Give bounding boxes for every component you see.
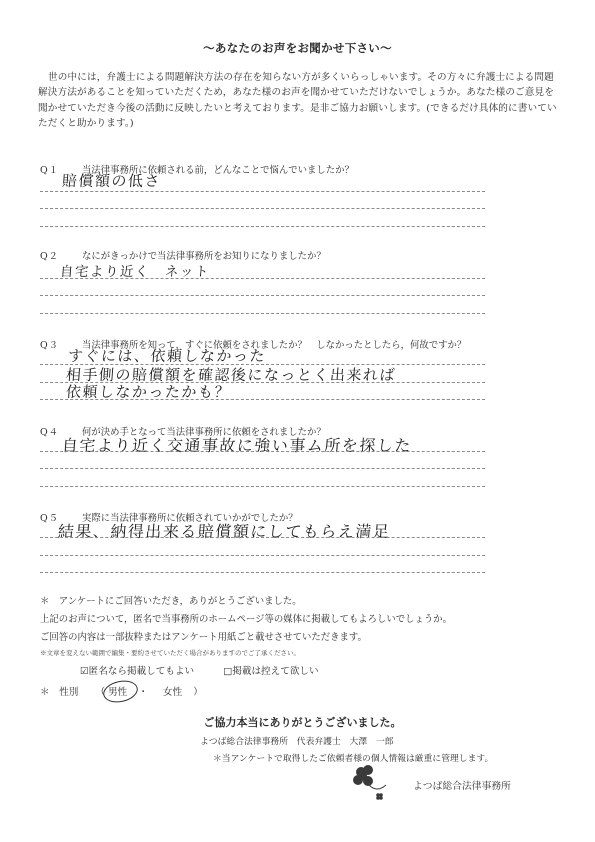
answer-line — [40, 295, 485, 296]
option-label: 掲載は控えて欲しい — [232, 663, 318, 677]
publish-note: ご回答の内容は一部抜粋またはアンケート用紙ごと載せさせていただきます。 — [40, 629, 367, 643]
edit-note: ※文章を変えない範囲で編集・要約させていただく場合がありますのでご了承ください。 — [40, 648, 300, 657]
gender-label: ＊ 性別 — [40, 687, 78, 698]
answer-line — [40, 451, 485, 452]
answer-line — [40, 555, 485, 556]
publish-options: ☑匿名なら掲載してもよい □掲載は控えて欲しい — [80, 663, 319, 677]
gender-paren-close: ） — [193, 687, 203, 698]
answer-q2-line-1: 自宅より近く ネット — [59, 260, 210, 280]
logo-text: よつば総合法律事務所 — [413, 778, 511, 792]
anonymous-ok-option[interactable]: ☑匿名なら掲載してもよい — [80, 663, 194, 677]
checkbox-empty-icon[interactable]: □ — [223, 666, 232, 677]
answer-line — [40, 399, 485, 400]
signature: よつば総合法律事務所 代表弁護士 大澤 一郎 — [200, 734, 394, 747]
gender-male-option[interactable]: 男性 — [108, 684, 127, 698]
gender-separator: ・ — [138, 687, 148, 698]
privacy-note: ＊当アンケートで取得したご依頼者様の個人情報は厳重に管理します。 — [213, 751, 493, 764]
answer-q1-line-1: 賠償額の低さ — [61, 170, 161, 191]
answer-line — [40, 191, 485, 192]
answer-line — [40, 572, 485, 573]
gender-row: ＊ 性別 （ 男性 ・ 女性 ） — [40, 684, 203, 698]
answer-line — [40, 278, 485, 279]
thanks-line: ＊ アンケートにご回答いただき，ありがとうございました。 — [40, 593, 302, 607]
clover-logo-icon — [353, 765, 403, 805]
answer-q4-line-1: 自宅より近く交通事故に強い事ム所を探した — [61, 433, 413, 456]
intro-paragraph: 世の中には，弁護士による問題解決方法の存在を知らない方が多くいらっしゃいます。そ… — [38, 70, 558, 131]
decline-option[interactable]: □掲載は控えて欲しい — [223, 663, 318, 677]
publish-question: 上記のお声について，匿名で当事務所のホームページ等の媒体に掲載してもよろしいでし… — [40, 611, 452, 625]
answer-q5-line-1: 結果、納得出来る賠償額にしてもらえ満足 — [57, 519, 391, 542]
answer-line — [40, 208, 485, 209]
answer-line — [40, 226, 485, 227]
closing-thanks: ご協力本当にありがとうございました。 — [0, 714, 595, 730]
answer-line — [40, 486, 485, 487]
answer-line — [40, 537, 485, 538]
answer-line — [40, 313, 485, 314]
option-label: 匿名なら掲載してもよい — [89, 663, 195, 677]
answer-q3-line-1: すぐには、依頼しなかった — [67, 345, 266, 366]
page-title: ～あなたのお声をお聞かせ下さい～ — [0, 40, 595, 56]
checkbox-checked-icon[interactable]: ☑ — [80, 666, 89, 677]
gender-female-option[interactable]: 女性 — [163, 687, 182, 698]
selection-circle-icon — [101, 678, 140, 706]
answer-line — [40, 468, 485, 469]
